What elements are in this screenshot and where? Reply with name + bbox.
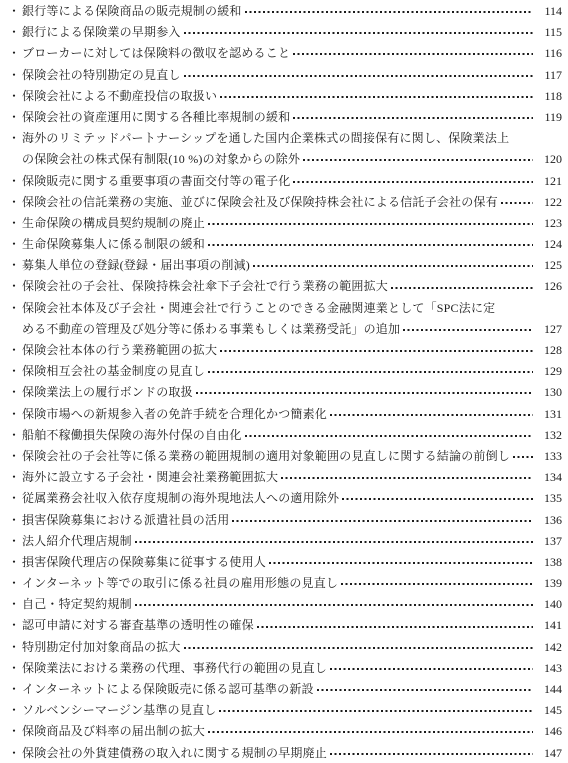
toc-page-number: 131	[538, 404, 562, 425]
bullet-icon: ・	[8, 679, 22, 700]
dot-leader	[293, 53, 533, 55]
toc-page-number: 121	[538, 171, 562, 192]
toc-entry-line: ・保険会社の信託業務の実施、並びに保険会社及び保険持株会社による信託子会社の保有…	[8, 192, 562, 213]
toc-entry-title: 銀行等による保険商品の販売規制の緩和	[22, 1, 242, 22]
toc-entry-title: 保険会社本体及び子会社・関連会社で行うことのできる金融関連業として「SPC法に定	[22, 298, 495, 319]
dot-leader	[269, 562, 533, 564]
dot-leader	[341, 583, 533, 585]
toc-entry-line: ・保険業法における業務の代理、事務代行の範囲の見直し143	[8, 658, 562, 679]
bullet-icon: ・	[8, 128, 22, 149]
dot-leader	[317, 689, 533, 691]
toc-page-number: 125	[538, 255, 562, 276]
toc-entry-line: ・認可申請に対する審査基準の透明性の確保141	[8, 615, 562, 636]
toc-entry-line: ・保険会社本体の行う業務範囲の拡大128	[8, 340, 562, 361]
bullet-icon: ・	[8, 658, 22, 679]
toc-page-number: 126	[538, 276, 562, 297]
toc-entry-line: ・損害保険募集における派遣社員の活用136	[8, 510, 562, 531]
toc-entry-line: ・海外に設立する子会社・関連会社業務範囲拡大134	[8, 467, 562, 488]
toc-entry-title: 保険会社の信託業務の実施、並びに保険会社及び保険持株会社による信託子会社の保有	[22, 192, 498, 213]
dot-leader	[342, 498, 533, 500]
toc-entry-title: 募集人単位の登録(登録・届出事項の削減)	[22, 255, 250, 276]
dot-leader	[219, 710, 533, 712]
dot-leader	[513, 456, 533, 458]
toc-entry-title: ソルベンシーマージン基準の見直し	[22, 700, 216, 721]
toc-entry-line: ・保険会社による不動産投信の取扱い118	[8, 86, 562, 107]
bullet-icon: ・	[8, 276, 22, 297]
toc-entry-title: 生命保険の構成員契約規制の廃止	[22, 213, 205, 234]
toc-entry-line: ・保険会社の子会社、保険持株会社傘下子会社で行う業務の範囲拡大126	[8, 276, 562, 297]
dot-leader	[184, 32, 533, 34]
toc-entry-title: 認可申請に対する審査基準の透明性の確保	[22, 615, 254, 636]
toc-entry-title: 保険業法における業務の代理、事務代行の範囲の見直し	[22, 658, 327, 679]
toc-page-number: 116	[538, 43, 562, 64]
toc-entry-line: ・保険相互会社の基金制度の見直し129	[8, 361, 562, 382]
bullet-icon: ・	[8, 594, 22, 615]
bullet-icon: ・	[8, 107, 22, 128]
bullet-icon: ・	[8, 234, 22, 255]
toc-entry-line: ・保険会社の外貨建債務の取入れに関する規制の早期廃止147	[8, 743, 562, 763]
toc-page-number: 132	[538, 425, 562, 446]
bullet-icon: ・	[8, 361, 22, 382]
toc-entry-title: 保険市場への新規参入者の免許手続を合理化かつ簡素化	[22, 404, 327, 425]
toc-page-number: 142	[538, 637, 562, 658]
toc-page-number: 123	[538, 213, 562, 234]
dot-leader	[257, 626, 533, 628]
toc-entry-title: インターネットによる保険販売に係る認可基準の新設	[22, 679, 314, 700]
dot-leader	[196, 392, 533, 394]
bullet-icon: ・	[8, 171, 22, 192]
toc-entry-line: ・銀行等による保険商品の販売規制の緩和114	[8, 1, 562, 22]
toc-page-number: 114	[538, 1, 562, 22]
toc-entry-title: 保険業法上の履行ボンドの取扱	[22, 382, 193, 403]
toc-entry-line: ・法人紹介代理店規制137	[8, 531, 562, 552]
bullet-icon: ・	[8, 467, 22, 488]
toc-entry-line: ・保険会社本体及び子会社・関連会社で行うことのできる金融関連業として「SPC法に…	[8, 298, 562, 319]
dot-leader	[135, 541, 533, 543]
toc-page-number: 122	[538, 192, 562, 213]
toc-page-number: 115	[538, 22, 562, 43]
dot-leader	[232, 520, 533, 522]
bullet-icon: ・	[8, 700, 22, 721]
toc-entry-title: 保険商品及び料率の届出制の拡大	[22, 721, 205, 742]
bullet-icon: ・	[8, 1, 22, 22]
toc-entry-title: ブローカーに対しては保険料の徴収を認めること	[22, 43, 290, 64]
toc-entry-line: ・生命保険の構成員契約規制の廃止123	[8, 213, 562, 234]
toc-page-number: 118	[538, 86, 562, 107]
toc-page-number: 144	[538, 679, 562, 700]
dot-leader	[330, 753, 533, 755]
bullet-icon: ・	[8, 425, 22, 446]
toc-entry-line: ・ソルベンシーマージン基準の見直し145	[8, 700, 562, 721]
toc-entry-line: ・保険販売に関する重要事項の書面交付等の電子化121	[8, 171, 562, 192]
bullet-icon: ・	[8, 404, 22, 425]
toc-entry-title: 保険会社の特別勘定の見直し	[22, 65, 181, 86]
toc-page-number: 128	[538, 340, 562, 361]
dot-leader	[208, 371, 533, 373]
toc-entry-title: 従属業務会社収入依存度規制の海外現地法人への適用除外	[22, 488, 339, 509]
toc-entry-line: ・保険会社の子会社等に係る業務の範囲規制の適用対象範囲の見直しに関する結論の前倒…	[8, 446, 562, 467]
bullet-icon: ・	[8, 382, 22, 403]
toc-entry-title: 銀行による保険業の早期参入	[22, 22, 181, 43]
dot-leader	[253, 265, 533, 267]
toc-entry-title: 保険会社本体の行う業務範囲の拡大	[22, 340, 217, 361]
toc-entry-title: 特別勘定付加対象商品の拡大	[22, 637, 181, 658]
toc-page-number: 137	[538, 531, 562, 552]
toc-entry-title: 損害保険代理店の保険募集に従事する使用人	[22, 552, 266, 573]
toc-page-number: 129	[538, 361, 562, 382]
toc-entry-title: 保険販売に関する重要事項の書面交付等の電子化	[22, 171, 290, 192]
bullet-icon: ・	[8, 637, 22, 658]
bullet-icon: ・	[8, 65, 22, 86]
toc-entry-line: ・保険業法上の履行ボンドの取扱130	[8, 382, 562, 403]
bullet-icon: ・	[8, 213, 22, 234]
toc-page-number: 139	[538, 573, 562, 594]
dot-leader	[245, 11, 533, 13]
toc-page-number: 124	[538, 234, 562, 255]
dot-leader	[184, 647, 533, 649]
toc-entry-line: ・船舶不稼働損失保険の海外付保の自由化132	[8, 425, 562, 446]
dot-leader	[208, 244, 533, 246]
bullet-icon: ・	[8, 340, 22, 361]
dot-leader	[281, 477, 533, 479]
bullet-icon: ・	[8, 446, 22, 467]
toc-entry-line: の保険会社の株式保有制限(10 %)の対象からの除外120	[8, 149, 562, 170]
toc-entry-line: ・ブローカーに対しては保険料の徴収を認めること116	[8, 43, 562, 64]
bullet-icon: ・	[8, 298, 22, 319]
dot-leader	[220, 350, 533, 352]
bullet-icon: ・	[8, 531, 22, 552]
toc-page-number: 119	[538, 107, 562, 128]
toc-entry-title: 法人紹介代理店規制	[22, 531, 132, 552]
toc-entry-line: ・保険会社の特別勘定の見直し117	[8, 65, 562, 86]
bullet-icon: ・	[8, 255, 22, 276]
toc-entry-title: 保険会社の資産運用に関する各種比率規制の緩和	[22, 107, 290, 128]
bullet-icon: ・	[8, 22, 22, 43]
toc-entry-line: ・保険市場への新規参入者の免許手続を合理化かつ簡素化131	[8, 404, 562, 425]
toc-entry-title: 自己・特定契約規制	[22, 594, 132, 615]
bullet-icon: ・	[8, 192, 22, 213]
toc-entry-line: ・自己・特定契約規制140	[8, 594, 562, 615]
dot-leader	[184, 75, 533, 77]
dot-leader	[208, 223, 533, 225]
toc-entry-line: ・インターネット等での取引に係る社員の雇用形態の見直し139	[8, 573, 562, 594]
dot-leader	[293, 181, 533, 183]
toc-entry-title: 損害保険募集における派遣社員の活用	[22, 510, 229, 531]
bullet-icon: ・	[8, 743, 22, 763]
toc-entry-title: 保険会社の子会社等に係る業務の範囲規制の適用対象範囲の見直しに関する結論の前倒し	[22, 446, 510, 467]
toc-list: ・銀行等による保険商品の販売規制の緩和114・銀行による保険業の早期参入115・…	[0, 0, 568, 763]
bullet-icon: ・	[8, 573, 22, 594]
toc-entry-line: ・海外のリミテッドパートナーシップを通した国内企業株式の間接保有に関し、保険業法…	[8, 128, 562, 149]
toc-entry-title: の保険会社の株式保有制限(10 %)の対象からの除外	[22, 149, 300, 170]
dot-leader	[293, 117, 533, 119]
toc-entry-line: ・特別勘定付加対象商品の拡大142	[8, 637, 562, 658]
toc-entry-title: める不動産の管理及び処分等に係わる事業もしくは業務受託」の追加	[22, 319, 400, 340]
bullet-icon: ・	[8, 615, 22, 636]
toc-page-number: 134	[538, 467, 562, 488]
toc-page-number: 130	[538, 382, 562, 403]
bullet-icon: ・	[8, 510, 22, 531]
toc-page-number: 117	[538, 65, 562, 86]
toc-entry-line: ・生命保険募集人に係る制限の緩和124	[8, 234, 562, 255]
toc-entry-line: ・インターネットによる保険販売に係る認可基準の新設144	[8, 679, 562, 700]
dot-leader	[330, 668, 533, 670]
toc-page-number: 140	[538, 594, 562, 615]
toc-entry-line: ・保険会社の資産運用に関する各種比率規制の緩和119	[8, 107, 562, 128]
toc-entry-title: 保険会社の子会社、保険持株会社傘下子会社で行う業務の範囲拡大	[22, 276, 388, 297]
dot-leader	[208, 731, 533, 733]
toc-entry-title: 生命保険募集人に係る制限の緩和	[22, 234, 205, 255]
bullet-icon: ・	[8, 488, 22, 509]
toc-page-number: 141	[538, 615, 562, 636]
dot-leader	[135, 604, 533, 606]
toc-page-number: 145	[538, 700, 562, 721]
toc-entry-line: ・従属業務会社収入依存度規制の海外現地法人への適用除外135	[8, 488, 562, 509]
dot-leader	[220, 96, 533, 98]
toc-page-number: 133	[538, 446, 562, 467]
bullet-icon: ・	[8, 86, 22, 107]
toc-entry-line: ・損害保険代理店の保険募集に従事する使用人138	[8, 552, 562, 573]
toc-entry-title: 保険相互会社の基金制度の見直し	[22, 361, 205, 382]
dot-leader	[391, 287, 533, 289]
toc-page-number: 135	[538, 488, 562, 509]
toc-entry-line: ・募集人単位の登録(登録・届出事項の削減)125	[8, 255, 562, 276]
toc-page-number: 143	[538, 658, 562, 679]
toc-page-number: 136	[538, 510, 562, 531]
dot-leader	[303, 159, 533, 161]
toc-page-number: 127	[538, 319, 562, 340]
toc-page-number: 120	[538, 149, 562, 170]
dot-leader	[245, 435, 533, 437]
toc-entry-title: 船舶不稼働損失保険の海外付保の自由化	[22, 425, 242, 446]
toc-entry-title: 保険会社による不動産投信の取扱い	[22, 86, 217, 107]
dot-leader	[403, 329, 533, 331]
bullet-icon: ・	[8, 43, 22, 64]
toc-entry-title: 海外のリミテッドパートナーシップを通した国内企業株式の間接保有に関し、保険業法上	[22, 128, 509, 149]
toc-entry-line: める不動産の管理及び処分等に係わる事業もしくは業務受託」の追加127	[8, 319, 562, 340]
bullet-icon: ・	[8, 552, 22, 573]
toc-entry-title: 保険会社の外貨建債務の取入れに関する規制の早期廃止	[22, 743, 327, 763]
toc-entry-line: ・保険商品及び料率の届出制の拡大146	[8, 721, 562, 742]
dot-leader	[501, 202, 533, 204]
toc-entry-title: インターネット等での取引に係る社員の雇用形態の見直し	[22, 573, 338, 594]
toc-page-number: 147	[538, 743, 562, 763]
toc-page-number: 138	[538, 552, 562, 573]
toc-page-number: 146	[538, 721, 562, 742]
bullet-icon: ・	[8, 721, 22, 742]
dot-leader	[330, 414, 533, 416]
toc-entry-line: ・銀行による保険業の早期参入115	[8, 22, 562, 43]
toc-entry-title: 海外に設立する子会社・関連会社業務範囲拡大	[22, 467, 278, 488]
